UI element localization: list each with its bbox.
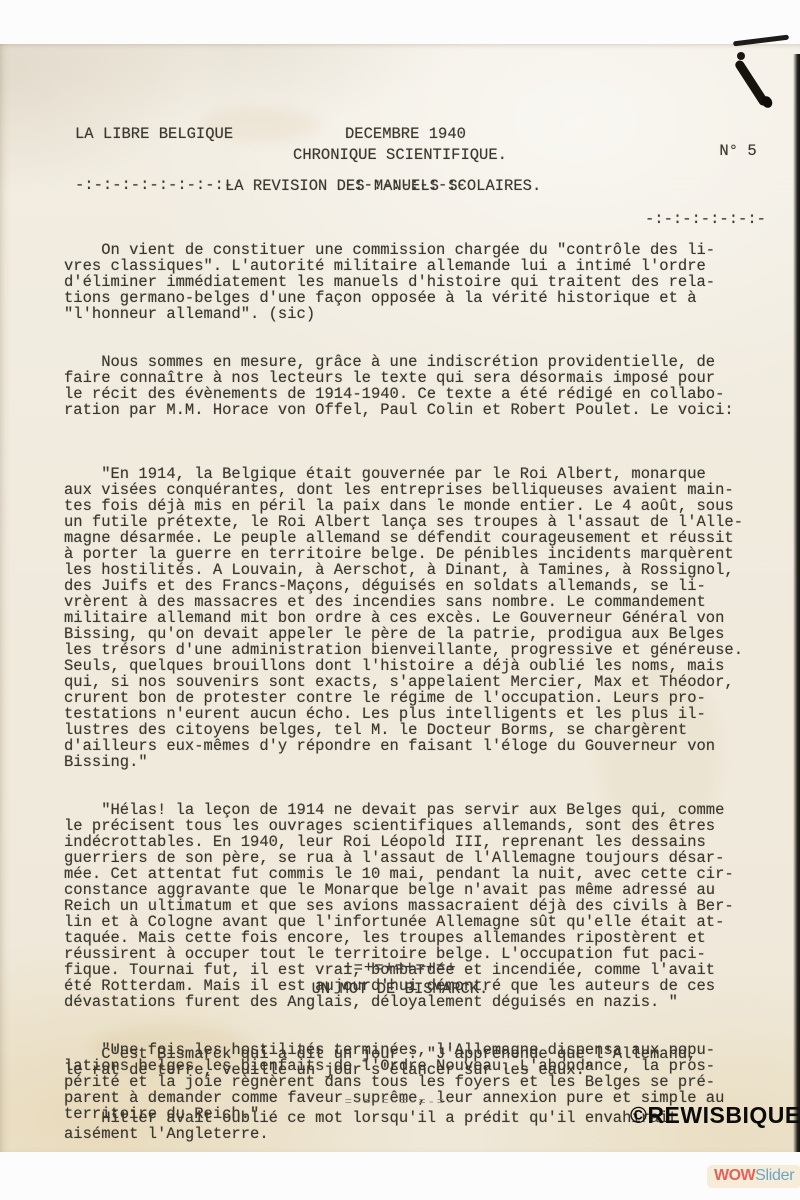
wowslider-badge-wow: WOW: [714, 1167, 755, 1184]
paragraph-3: "En 1914, la Belgique était gouvernée pa…: [64, 466, 743, 770]
issue-date: DECEMBRE 1940: [345, 126, 466, 143]
paragraph-6: C'est Bismarck qui a dit un jour : "J'ap…: [64, 1046, 697, 1078]
section-heading: CHRONIQUE SCIENTIFIQUE.: [0, 147, 800, 163]
typed-divider: +=+=+=+=+=+: [0, 960, 800, 976]
bismarck-subheading: UN MOT DE BISMARCK.: [0, 981, 800, 997]
wowslider-badge-slider: Slider: [755, 1167, 794, 1184]
article-body: On vient de constituer une commission ch…: [64, 210, 743, 1154]
article-heading: LA REVISION DES MANUELS SCOLAIRES.: [225, 178, 541, 194]
paragraph-7: Hitler avait oublié ce mot lorsqu'il a p…: [64, 1110, 697, 1142]
copyright-watermark: ©REWISBIQUE: [630, 1102, 800, 1129]
scanned-page-background: LA LIBRE BELGIQUE -:-:-:-:-:-:-:-:- DECE…: [0, 0, 800, 1200]
wowslider-badge[interactable]: WOWSlider: [707, 1165, 800, 1188]
newspaper-title: LA LIBRE BELGIQUE: [75, 126, 233, 143]
paragraph-1: On vient de constituer une commission ch…: [64, 242, 743, 322]
newspaper-page: LA LIBRE BELGIQUE -:-:-:-:-:-:-:-:- DECE…: [0, 44, 800, 1152]
paragraph-2: Nous sommes en mesure, grâce à une indis…: [64, 354, 743, 418]
ink-mark: [737, 52, 745, 60]
paragraph-4: "Hélas! la leçon de 1914 ne devait pas s…: [64, 802, 743, 1010]
title-underline: -:-:-:-:-:-:-:-:-: [75, 177, 233, 194]
